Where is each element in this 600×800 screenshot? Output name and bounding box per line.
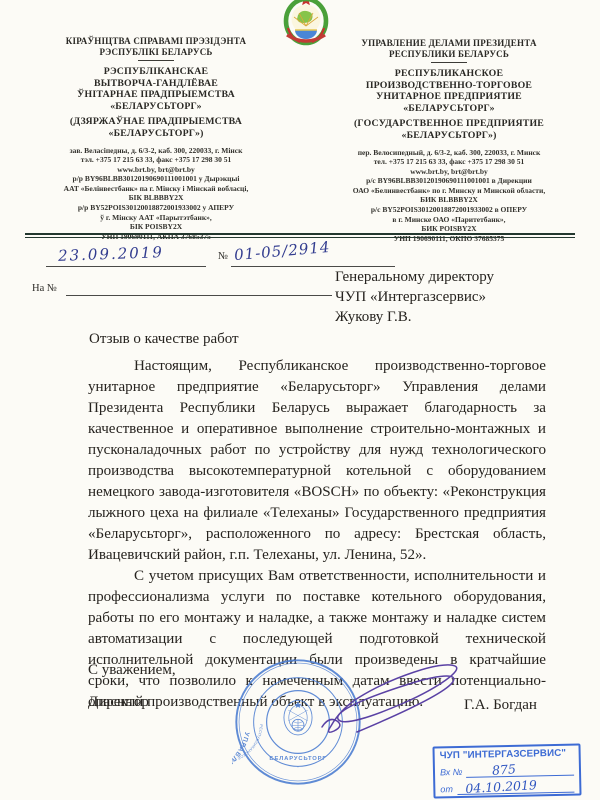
detail-line: р/р BY52POIS30120018872001933002 у АПЕРУ xyxy=(30,203,282,213)
detail-line: пер. Велосипедный, д. 6/3-2, каб. 300, 2… xyxy=(322,148,576,158)
org-name-line: «БЕЛАРУСЬТОРГ») xyxy=(30,128,282,140)
org-name-line: РЭСПУБЛІКАНСКАЕ xyxy=(30,66,282,78)
detail-line: БІК POISBY2X xyxy=(30,222,282,232)
handwritten-date: 23.09.2019 xyxy=(58,243,164,265)
authority-name: РЭСПУБЛІКІ БЕЛАРУСЬ xyxy=(30,47,282,58)
addressee-block: Генеральному директору ЧУП «Интергазсерв… xyxy=(335,267,494,327)
scanned-letter-page: КІРАЎНІЦТВА СПРАВАМІ ПРЭЗІДЭНТА РЭСПУБЛІ… xyxy=(0,0,600,800)
detail-line: ААТ «Белінвестбанк» па г. Мінску і Мінск… xyxy=(30,184,282,194)
letterhead-left-column: КІРАЎНІЦТВА СПРАВАМІ ПРЭЗІДЭНТА РЭСПУБЛІ… xyxy=(30,36,282,241)
org-name-line: «БЕЛАРУСЬТОРГ» xyxy=(322,103,576,115)
org-name-line: ЎНІТАРНАЕ ПРАДПРЫЕМСТВА xyxy=(30,89,282,101)
addressee-line: Жукову Г.В. xyxy=(335,307,494,327)
handwritten-incoming-date: 04.10.2019 xyxy=(464,777,536,796)
incoming-number-line: 875 xyxy=(466,760,574,778)
org-name-line: «БЕЛАРУСЬТОРГ») xyxy=(322,130,576,142)
authority-name: РЕСПУБЛИКИ БЕЛАРУСЬ xyxy=(322,49,576,60)
divider xyxy=(138,60,174,61)
detail-line: ў г. Мінску ААТ «Парытэтбанк», xyxy=(30,213,282,223)
incoming-date-line: 04.10.2019 xyxy=(457,777,575,795)
detail-line: БІК BLBBBY2X xyxy=(30,193,282,203)
detail-line: тэл. +375 17 215 63 33, факс +375 17 298… xyxy=(30,155,282,165)
seal-star-separator: • xyxy=(297,765,299,771)
authority-name: УПРАВЛЕНИЕ ДЕЛАМИ ПРЕЗИДЕНТА xyxy=(322,38,576,49)
incoming-date-label: от xyxy=(440,784,453,795)
number-sign-label: № xyxy=(218,251,228,262)
signer-position: Директор xyxy=(88,694,149,711)
authority-name: КІРАЎНІЦТВА СПРАВАМІ ПРЭЗІДЭНТА xyxy=(30,36,282,47)
incoming-stamp: ЧУП "ИНТЕРГАЗСЕРВИС" Вх № 875 от 04.10.2… xyxy=(432,743,581,798)
on-number-underline xyxy=(66,295,332,296)
letterhead-right-column: УПРАВЛЕНИЕ ДЕЛАМИ ПРЕЗИДЕНТА РЕСПУБЛИКИ … xyxy=(322,38,576,243)
org-name-line: «БЕЛАРУСЬТОРГ» xyxy=(30,101,282,113)
detail-line: www.brt.by, brt@brt.by xyxy=(322,167,576,177)
addressee-line: Генеральному директору xyxy=(335,267,494,287)
detail-line: ОАО «Белинвестбанк» по г. Минску и Минск… xyxy=(322,186,576,196)
date-underline xyxy=(46,266,206,267)
org-name-line: ПРОИЗВОДСТВЕННО-ТОРГОВОЕ xyxy=(322,80,576,92)
detail-line: р/р BY96BLBB30120190690111001001 у Дырэк… xyxy=(30,174,282,184)
detail-line: www.brt.by, brt@brt.by xyxy=(30,165,282,175)
body-paragraph: Настоящим, Республиканское производствен… xyxy=(88,356,546,566)
subject-line: Отзыв о качестве работ xyxy=(89,331,239,348)
org-name-line: ВЫТВОРЧА-ГАНДЛЁВАЕ xyxy=(30,78,282,90)
detail-line: зав. Веласіпедны, д. 6/3-2, каб. 300, 22… xyxy=(30,146,282,156)
addressee-line: ЧУП «Интергазсервис» xyxy=(335,287,494,307)
detail-line: тел. +375 17 215 63 33, факс +375 17 298… xyxy=(322,157,576,167)
detail-line: БИК BLBBBY2X xyxy=(322,195,576,205)
seal-outer-text: УПРАВЛЕНИЕ ДЕЛАМИ ПРЕЗИДЕНТА • РЕСПУБЛИК… xyxy=(232,666,250,780)
on-number-label: На № xyxy=(32,283,57,294)
incoming-number-label: Вх № xyxy=(440,767,463,778)
director-signature xyxy=(300,655,485,760)
letterhead-rule xyxy=(25,233,575,238)
handwritten-outgoing-number: 01-05/2914 xyxy=(233,238,331,264)
contact-details: зав. Веласіпедны, д. 6/3-2, каб. 300, 22… xyxy=(30,146,282,242)
contact-details: пер. Велосипедный, д. 6/3-2, каб. 300, 2… xyxy=(322,148,576,244)
org-name-line: (ГОСУДАРСТВЕННОЕ ПРЕДПРИЯТИЕ xyxy=(322,118,576,130)
divider xyxy=(431,62,467,63)
handwritten-incoming-number: 875 xyxy=(492,761,517,778)
closing-salutation: С уважением, xyxy=(88,662,176,679)
org-name-line: (ДЗЯРЖАЎНАЕ ПРАДПРЫЕМСТВА xyxy=(30,116,282,128)
org-name-line: РЕСПУБЛИКАНСКОЕ xyxy=(322,68,576,80)
detail-line: в г. Минске ОАО «Паритетбанк», xyxy=(322,215,576,225)
org-name-line: УНИТАРНОЕ ПРЕДПРИЯТИЕ xyxy=(322,91,576,103)
detail-line: р/с BY52POIS30120018872001933002 в ОПЕРУ xyxy=(322,205,576,215)
svg-text:УПРАВЛЕНИЕ ДЕЛАМИ ПРЕЗИДЕНТА: УПРАВЛЕНИЕ ДЕЛАМИ ПРЕЗИДЕНТА • РЕСПУБЛИК… xyxy=(232,666,250,780)
detail-line: р/с BY96BLBB30120190690111001001 в Дирек… xyxy=(322,176,576,186)
incoming-number-row: Вх № 875 xyxy=(440,759,574,779)
incoming-date-row: от 04.10.2019 xyxy=(440,776,574,796)
